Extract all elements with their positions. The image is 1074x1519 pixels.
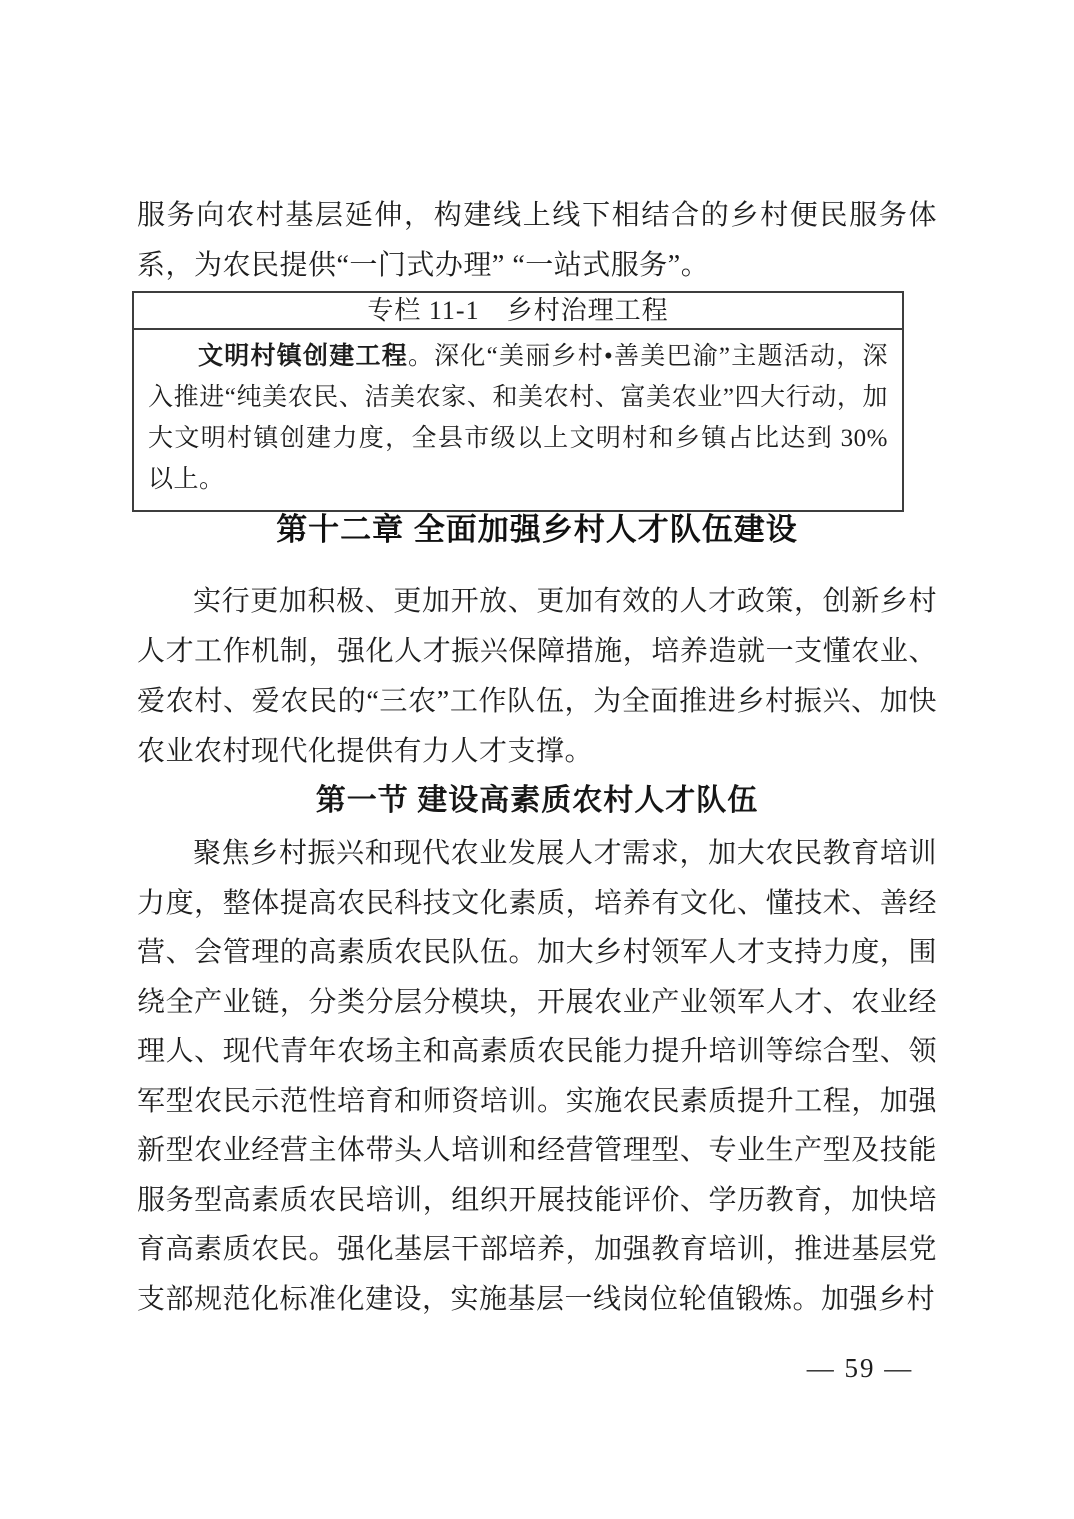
chapter-heading: 第十二章 全面加强乡村人才队伍建设 [137, 508, 937, 552]
callout-bold-lead: 文明村镇创建工程 [198, 343, 408, 370]
callout-box-body: 文明村镇创建工程。深化“美丽乡村•善美巴渝”主题活动，深入推进“纯美农民、洁美农… [134, 330, 902, 510]
intro-paragraph: 服务向农村基层延伸，构建线上线下相结合的乡村便民服务体系，为农民提供“一门式办理… [137, 191, 937, 291]
section-heading: 第一节 建设高素质农村人才队伍 [137, 780, 937, 822]
page-number: — 59 — [740, 1352, 980, 1384]
chapter-intro-paragraph: 实行更加积极、更加开放、更加有效的人才政策，创新乡村人才工作机制，强化人才振兴保… [137, 577, 937, 777]
section-body-paragraph: 聚焦乡村振兴和现代农业发展人才需求，加大农民教育培训力度，整体提高农民科技文化素… [137, 829, 937, 1324]
callout-box-title: 专栏 11-1 乡村治理工程 [134, 293, 902, 330]
callout-box: 专栏 11-1 乡村治理工程 文明村镇创建工程。深化“美丽乡村•善美巴渝”主题活… [132, 291, 904, 512]
document-page: 服务向农村基层延伸，构建线上线下相结合的乡村便民服务体系，为农民提供“一门式办理… [0, 0, 1074, 1519]
